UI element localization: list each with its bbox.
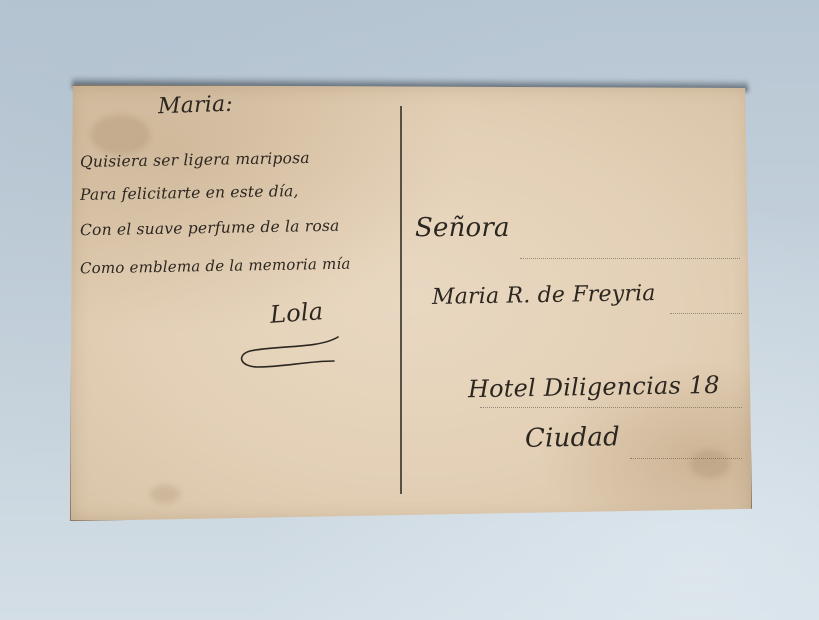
stain	[690, 450, 730, 478]
address-street: Hotel Diligencias 18	[468, 371, 720, 403]
poem-line: Como emblema de la memoria mía	[80, 255, 351, 278]
poem-line: Quisiera ser ligera mariposa	[80, 149, 310, 171]
addressee-name: Maria R. de Freyria	[432, 281, 656, 310]
address-line	[520, 258, 740, 259]
signature: Lola	[269, 297, 324, 329]
address-line	[670, 313, 742, 314]
addressee-title: Señora	[415, 213, 510, 243]
poem-line: Para felicitarte en este día,	[80, 182, 299, 204]
greeting: Maria:	[158, 92, 234, 120]
poem-line: Con el suave perfume de la rosa	[80, 217, 340, 240]
center-divider	[400, 106, 402, 494]
address-line	[480, 407, 742, 408]
postcard: Maria: Quisiera ser ligera mariposa Para…	[70, 85, 752, 521]
stain	[90, 115, 150, 155]
address-line	[630, 458, 742, 459]
stain	[150, 485, 180, 503]
signature-flourish-icon	[238, 331, 350, 371]
address-city: Ciudad	[525, 422, 620, 454]
